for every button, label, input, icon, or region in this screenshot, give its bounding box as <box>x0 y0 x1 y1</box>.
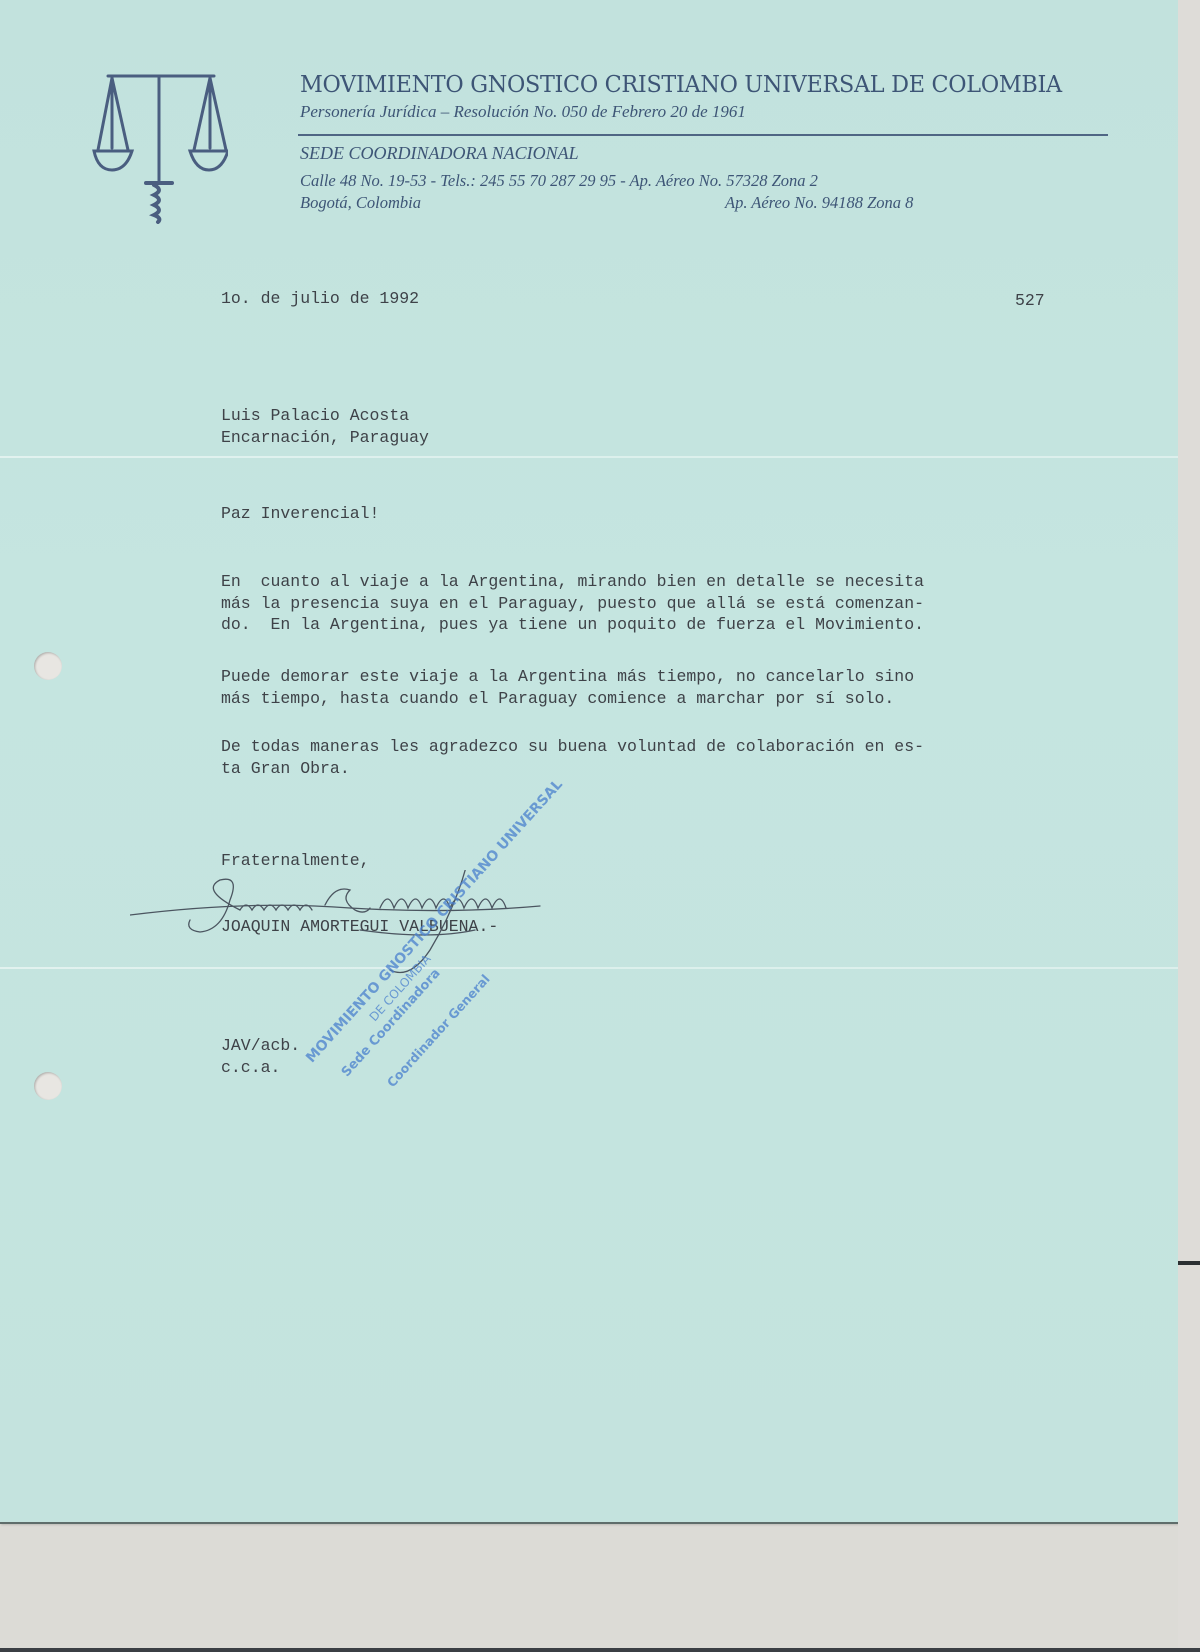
body-paragraph: Puede demorar este viaje a la Argentina … <box>221 666 914 709</box>
stamp-text: Sede Coordinadora <box>339 966 444 1080</box>
letter-page: MOVIMIENTO GNOSTICO CRISTIANO UNIVERSAL … <box>0 0 1178 1524</box>
address-city: Bogotá, Colombia <box>300 193 421 213</box>
scanner-mark <box>1178 1261 1200 1265</box>
scanner-margin <box>1178 0 1200 1652</box>
fold-line <box>0 456 1178 458</box>
punch-hole <box>34 1072 62 1100</box>
organization-name: MOVIMIENTO GNOSTICO CRISTIANO UNIVERSAL … <box>300 72 1062 98</box>
reference-initials: JAV/acb. c.c.a. <box>221 1035 300 1078</box>
scales-of-justice-icon <box>92 72 228 224</box>
office-name: SEDE COORDINADORA NACIONAL <box>300 143 579 164</box>
scanner-edge <box>0 1648 1200 1652</box>
address-line: Calle 48 No. 19-53 - Tels.: 245 55 70 28… <box>300 171 818 191</box>
legal-status: Personería Jurídica – Resolución No. 050… <box>300 102 746 122</box>
body-paragraph: En cuanto al viaje a la Argentina, miran… <box>221 571 924 636</box>
organization-stamp: MOVIMIENTO GNOSTICO CRISTIANO UNIVERSAL … <box>295 845 585 1075</box>
body-paragraph: De todas maneras les agradezco su buena … <box>221 736 924 779</box>
reference-number: 527 <box>1015 290 1045 312</box>
address-po-box: Ap. Aéreo No. 94188 Zona 8 <box>725 193 913 213</box>
punch-hole <box>34 652 62 680</box>
recipient-address: Luis Palacio Acosta Encarnación, Paragua… <box>221 405 429 448</box>
header-divider <box>298 134 1108 136</box>
letter-date: 1o. de julio de 1992 <box>221 288 419 310</box>
salutation: Paz Inverencial! <box>221 503 379 525</box>
